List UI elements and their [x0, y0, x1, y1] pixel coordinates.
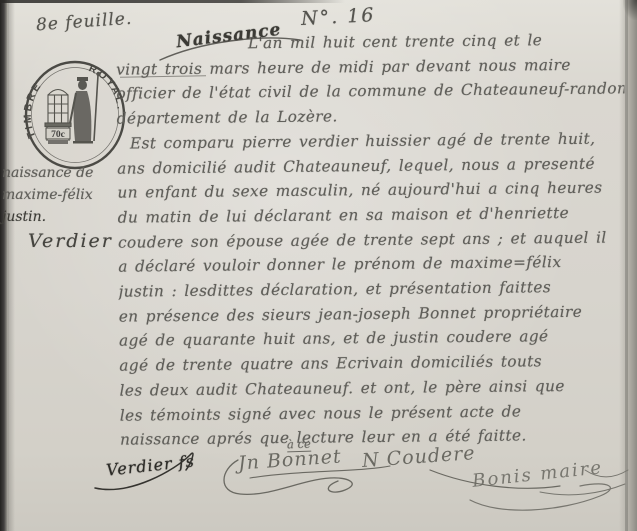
timbre-royal-stamp: TIMBRE ROYAL. 70c: [23, 59, 127, 171]
signature-mayor: Bonis maire: [471, 457, 604, 492]
binding-edge-shadow: [8, 0, 15, 531]
scanned-register-page: 8e feuille. Naissance N°. 16 TIMBRE ROYA…: [0, 0, 637, 531]
margin-note: naissance de maxime-félix justin. Verdie…: [2, 162, 120, 254]
corner-smudge: [623, 0, 637, 20]
margin-note-line: maxime-félix: [2, 184, 120, 206]
sheet-number-label: 8e feuille.: [35, 9, 133, 36]
margin-note-line: naissance de: [2, 162, 120, 184]
act-number: N°. 16: [300, 4, 375, 30]
signature-father: Verdier fs: [105, 451, 195, 479]
act-body-text: L'an mil huit cent trente cinq et le vin…: [116, 27, 628, 452]
page-top-edge: [0, 0, 345, 3]
margin-note-child-surname: Verdier: [2, 228, 120, 254]
stamp-denomination: 70c: [51, 130, 65, 140]
margin-note-line: justin.: [2, 206, 120, 228]
